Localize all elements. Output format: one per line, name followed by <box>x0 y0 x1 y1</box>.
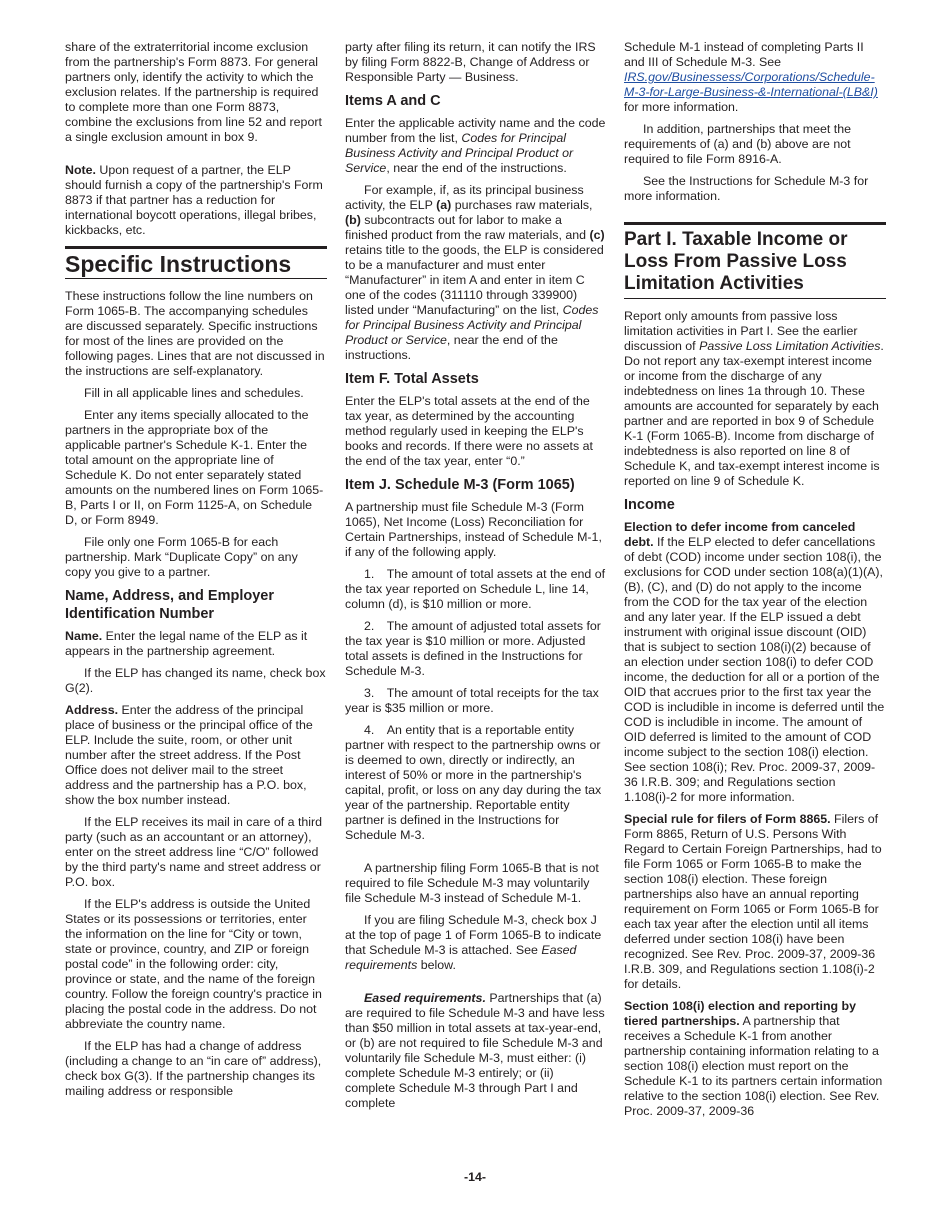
paragraph: party after filing its return, it can no… <box>345 40 607 85</box>
income-heading: Income <box>624 496 886 514</box>
page-number: -14- <box>0 1170 950 1184</box>
paragraph: If the ELP has changed its name, check b… <box>65 666 327 696</box>
column-3: Schedule M-1 instead of completing Parts… <box>624 40 886 1126</box>
paragraph: Enter the ELP's total assets at the end … <box>345 394 607 469</box>
paragraph: Enter any items specially allocated to t… <box>65 408 327 528</box>
tiered-partnerships-paragraph: Section 108(i) election and reporting by… <box>624 999 886 1119</box>
column-1: share of the extraterritorial income exc… <box>65 40 327 1106</box>
specific-instructions-heading: Specific Instructions <box>65 250 327 278</box>
item-f-heading: Item F. Total Assets <box>345 370 607 388</box>
note-paragraph: Note. Upon request of a partner, the ELP… <box>65 163 327 238</box>
paragraph: If the ELP's address is outside the Unit… <box>65 897 327 1032</box>
name-paragraph: Name. Enter the legal name of the ELP as… <box>65 629 327 659</box>
paragraph: Enter the applicable activity name and t… <box>345 116 607 176</box>
list-item: 3. The amount of total receipts for the … <box>345 686 607 716</box>
paragraph: See the Instructions for Schedule M-3 fo… <box>624 174 886 204</box>
paragraph: Fill in all applicable lines and schedul… <box>65 386 327 401</box>
name-address-ein-heading: Name, Address, and Employer Identificati… <box>65 587 327 623</box>
list-item: 1. The amount of total assets at the end… <box>345 567 607 612</box>
column-2: party after filing its return, it can no… <box>345 40 607 1118</box>
paragraph: For example, if, as its principal busine… <box>345 183 607 363</box>
list-item: 2. The amount of adjusted total assets f… <box>345 619 607 679</box>
paragraph: If the ELP has had a change of address (… <box>65 1039 327 1099</box>
part-1-heading: Part I. Taxable Income or Loss From Pass… <box>624 226 886 298</box>
section-rule: Part I. Taxable Income or Loss From Pass… <box>624 222 886 299</box>
paragraph: If you are filing Schedule M-3, check bo… <box>345 913 607 973</box>
irs-schedule-m3-link[interactable]: IRS.gov/Businessess/Corporations/Schedul… <box>624 70 878 99</box>
eased-requirements-paragraph: Eased requirements. Partnerships that (a… <box>345 991 607 1111</box>
item-j-heading: Item J. Schedule M-3 (Form 1065) <box>345 476 607 494</box>
items-a-c-heading: Items A and C <box>345 92 607 110</box>
list-item: 4. An entity that is a reportable entity… <box>345 723 607 843</box>
paragraph: File only one Form 1065-B for each partn… <box>65 535 327 580</box>
special-rule-paragraph: Special rule for filers of Form 8865. Fi… <box>624 812 886 992</box>
paragraph: Schedule M-1 instead of completing Parts… <box>624 40 886 115</box>
paragraph: If the ELP receives its mail in care of … <box>65 815 327 890</box>
paragraph: A partnership must file Schedule M-3 (Fo… <box>345 500 607 560</box>
paragraph: In addition, partnerships that meet the … <box>624 122 886 167</box>
paragraph: These instructions follow the line numbe… <box>65 289 327 379</box>
note-label: Note. <box>65 163 96 177</box>
paragraph: A partnership filing Form 1065-B that is… <box>345 861 607 906</box>
paragraph: share of the extraterritorial income exc… <box>65 40 327 145</box>
address-paragraph: Address. Enter the address of the princi… <box>65 703 327 808</box>
section-rule: Specific Instructions <box>65 246 327 279</box>
paragraph: Report only amounts from passive loss li… <box>624 309 886 489</box>
election-paragraph: Election to defer income from canceled d… <box>624 520 886 805</box>
